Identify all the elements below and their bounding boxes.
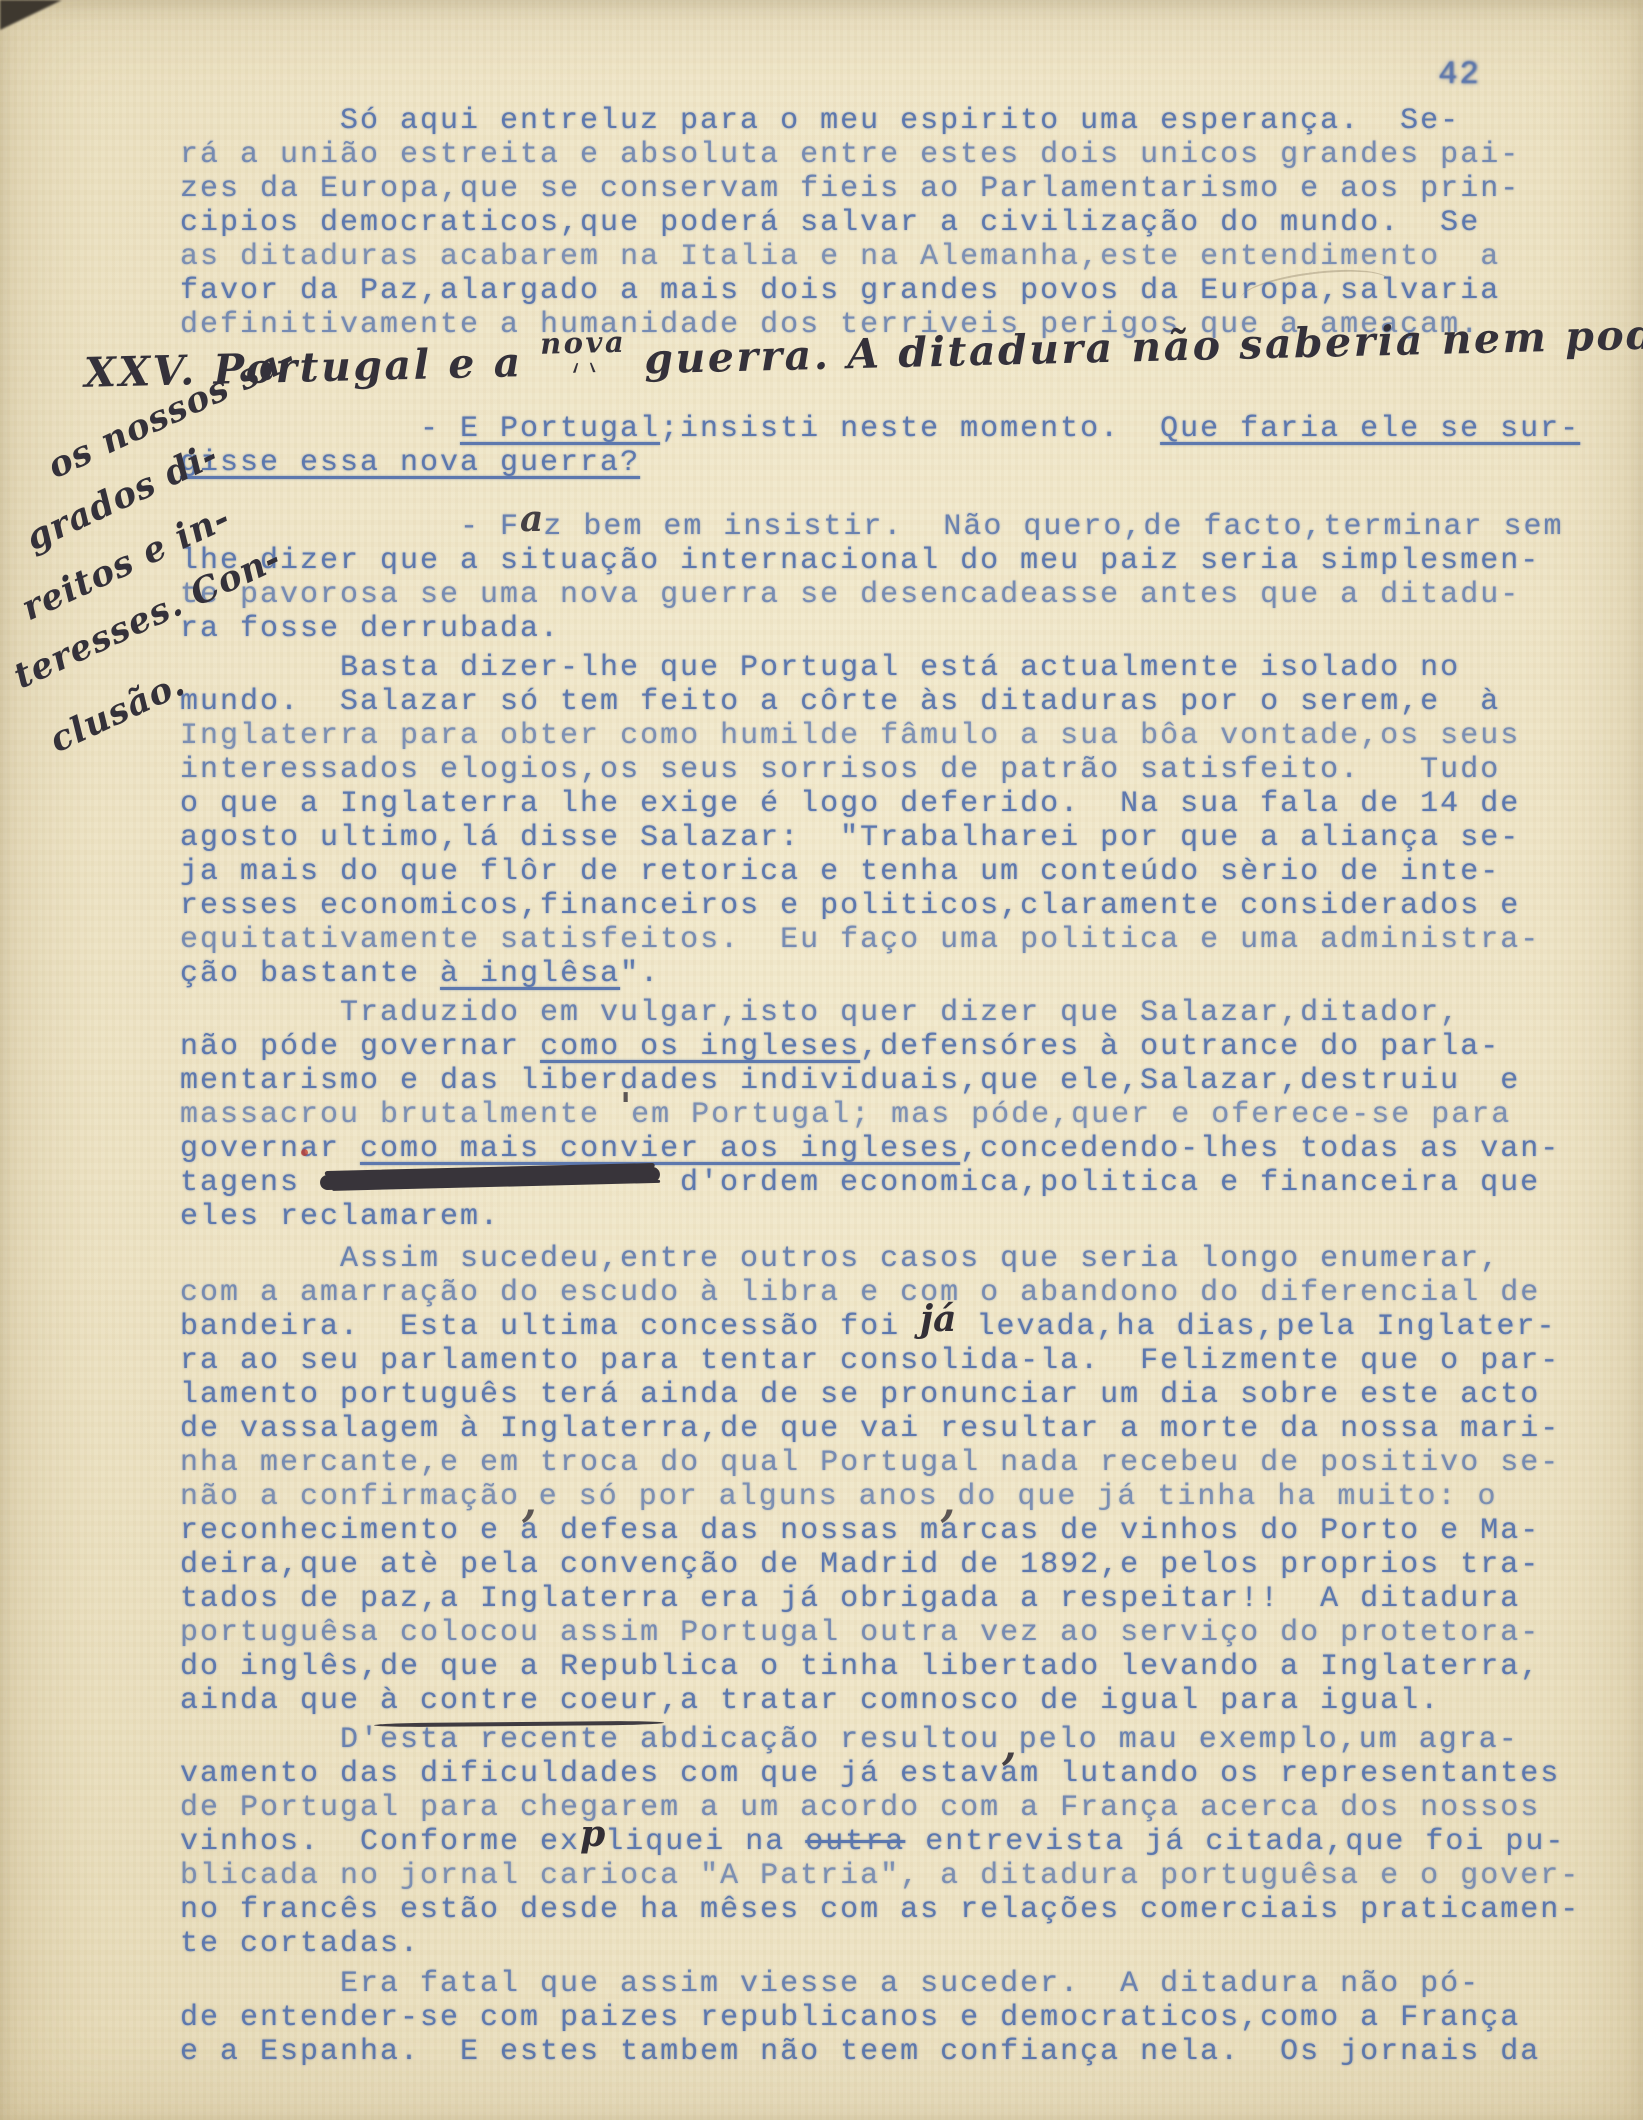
typed-line: portuguêsa colocou assim Portugal outra … <box>180 1616 1600 1650</box>
typed-line: tados de paz,a Inglaterra era já obrigad… <box>180 1582 1600 1616</box>
typed-segment: - <box>420 412 460 446</box>
typed-segment: agosto ultimo,lá disse Salazar: "Trabalh… <box>180 821 1520 855</box>
typed-line: vamento das dificuldades com que já esta… <box>180 1757 1600 1791</box>
heading-part-before: XXV. Portugal e a <box>84 338 524 397</box>
typed-segment: do inglês,de que a Republica o tinha lib… <box>180 1650 1540 1684</box>
typed-segment: as ditaduras acabarem na Italia e na Ale… <box>180 240 1500 274</box>
typed-line: de Portugal para chegarem a um acordo co… <box>180 1791 1600 1825</box>
typed-segment: zes da Europa,que se conservam fieis ao … <box>180 172 1520 206</box>
typed-segment: blicada no jornal carioca "A Patria", a … <box>180 1859 1580 1893</box>
typed-segment: - F <box>460 510 520 544</box>
typed-segment: e a Espanha. E estes tambem não teem con… <box>180 2035 1540 2069</box>
typed-line: - E Portugal;insisti neste momento. Que … <box>180 412 1600 446</box>
typed-line: de entender-se com paizes republicanos e… <box>180 2001 1600 2035</box>
typed-segment: de Portugal para chegarem a um acordo co… <box>180 1791 1540 1825</box>
handwritten-correction: ' <box>620 1086 631 1128</box>
page-corner-tear <box>0 0 62 30</box>
ink-dot <box>301 1149 308 1156</box>
typed-segment: resses economicos,financeiros e politico… <box>180 889 1520 923</box>
typed-segment: portuguêsa colocou assim Portugal outra … <box>180 1616 1540 1650</box>
typed-line: te cortadas. <box>180 1927 1600 1961</box>
typed-segment: bandeira. Esta ultima concessão foi <box>180 1310 920 1344</box>
typed-segment: mentarismo e das liberdades individuais,… <box>180 1064 1520 1098</box>
page-number: 42 <box>1438 56 1480 93</box>
typed-segment: mundo. Salazar só tem feito a côrte às d… <box>180 685 1500 719</box>
typed-segment: massacrou brutalmente <box>180 1098 620 1132</box>
typed-line: ra ao seu parlamento para tentar consoli… <box>180 1344 1600 1378</box>
typed-line: Basta dizer-lhe que Portugal está actual… <box>180 651 1600 685</box>
typed-segment: Que faria ele se sur- <box>1160 412 1580 446</box>
typed-line: bandeira. Esta ultima concessão foi já l… <box>180 1310 1600 1344</box>
typed-line: zes da Europa,que se conservam fieis ao … <box>180 172 1600 206</box>
typed-line: do inglês,de que a Republica o tinha lib… <box>180 1650 1600 1684</box>
typed-line: Era fatal que assim viesse a suceder. A … <box>180 1967 1600 2001</box>
typed-segment: em Portugal; mas póde,quer e oferece-se … <box>631 1098 1511 1132</box>
typed-segment: não a confirmação <box>180 1480 520 1514</box>
ink-scribble <box>320 1166 660 1189</box>
typed-segment: ;insisti neste momento. <box>660 412 1160 446</box>
handwritten-correction: , <box>1002 1720 1017 1769</box>
typed-line: Assim sucedeu,entre outros casos que ser… <box>180 1242 1600 1276</box>
typed-segment: reconhecimento e a defesa das nossas mar… <box>180 1514 1540 1548</box>
typed-segment: Só aqui entreluz para o meu espirito uma… <box>340 104 1460 138</box>
typed-segment: interessados elogios,os seus sorrisos de… <box>180 753 1500 787</box>
typed-line: Só aqui entreluz para o meu espirito uma… <box>180 104 1600 138</box>
typed-segment: ra fosse derrubada. <box>180 612 560 646</box>
typed-line: no francês estão desde ha mêses com as r… <box>180 1893 1600 1927</box>
typed-segment: do que já tinha ha muito: o <box>957 1480 1497 1514</box>
typed-line: ra fosse derrubada. <box>180 612 1600 646</box>
typed-segment: D'esta recente abdicação resultou <box>340 1723 1000 1757</box>
typed-segment: não póde governar <box>180 1030 540 1064</box>
typed-segment: ainda que <box>180 1684 380 1718</box>
typed-segment: levada,ha dias,pela Inglater- <box>956 1310 1556 1344</box>
typed-line: blicada no jornal carioca "A Patria", a … <box>180 1859 1600 1893</box>
typed-segment: Traduzido em vulgar,isto quer dizer que … <box>340 996 1460 1030</box>
typed-segment: ,defensóres à outrance do parla- <box>860 1030 1500 1064</box>
typed-segment: com a amarração do escudo à libra e com … <box>180 1276 1540 1310</box>
typed-segment: de vassalagem à Inglaterra,de que vai re… <box>180 1412 1560 1446</box>
typed-line: ainda que à contre coeur,a tratar comnos… <box>180 1684 1600 1718</box>
typed-segment: outra <box>805 1825 905 1859</box>
typed-segment: Basta dizer-lhe que Portugal está actual… <box>340 651 1460 685</box>
typed-line: te pavorosa se uma nova guerra se desenc… <box>180 578 1600 612</box>
typed-segment: à contre coeur <box>380 1684 660 1718</box>
typed-line: Traduzido em vulgar,isto quer dizer que … <box>180 996 1600 1030</box>
typed-segment: ". <box>620 957 660 991</box>
typed-line: D'esta recente abdicação resultou,pelo m… <box>180 1723 1600 1757</box>
typed-segment: E Portugal <box>460 412 660 446</box>
typed-text: Só aqui entreluz para o meu espirito uma… <box>180 104 1600 2069</box>
typed-segment: deira,que atè pela convenção de Madrid d… <box>180 1548 1540 1582</box>
typed-line: reconhecimento e a defesa das nossas mar… <box>180 1514 1600 1548</box>
typed-segment: ra ao seu parlamento para tentar consoli… <box>180 1344 1560 1378</box>
document-page: 42 Só aqui entreluz para o meu espirito … <box>0 0 1643 2120</box>
typed-segment: nha mercante,e em troca do qual Portugal… <box>180 1446 1560 1480</box>
typed-segment: à inglêsa <box>440 957 620 991</box>
typed-segment: eles reclamarem. <box>180 1200 500 1234</box>
typed-line: ção bastante à inglêsa". <box>180 957 1600 991</box>
typed-segment: ,a tratar comnosco de igual para igual. <box>660 1684 1440 1718</box>
typed-line: não a confirmação,e só por alguns anos,d… <box>180 1480 1600 1514</box>
typed-segment: te cortadas. <box>180 1927 420 1961</box>
handwritten-correction: , <box>941 1477 956 1526</box>
typed-segment: como mais convier aos ingleses <box>360 1132 960 1166</box>
typed-segment: lamento português terá ainda de se pronu… <box>180 1378 1540 1412</box>
typed-line: deira,que atè pela convenção de Madrid d… <box>180 1548 1600 1582</box>
typed-segment: te pavorosa se uma nova guerra se desenc… <box>180 578 1520 612</box>
typed-segment: e só por alguns anos <box>539 1480 939 1514</box>
typed-segment: cipios democraticos,que poderá salvar a … <box>180 206 1480 240</box>
typed-line: mentarismo e das liberdades individuais,… <box>180 1064 1600 1098</box>
typed-line: Inglaterra para obter como humilde fâmul… <box>180 719 1600 753</box>
typed-line: equitativamente satisfeitos. Eu faço uma… <box>180 923 1600 957</box>
typed-line: massacrou brutalmente 'em Portugal; mas … <box>180 1098 1600 1132</box>
typed-segment: d'ordem economica,politica e financeira … <box>660 1166 1540 1200</box>
typed-segment: tados de paz,a Inglaterra era já obrigad… <box>180 1582 1520 1616</box>
typed-segment: liquei na <box>605 1825 805 1859</box>
typed-segment: ção bastante <box>180 957 440 991</box>
typed-line: gisse essa nova guerra? <box>180 446 1600 480</box>
typed-line: mundo. Salazar só tem feito a côrte às d… <box>180 685 1600 719</box>
typed-line: vinhos. Conforme expliquei na outra entr… <box>180 1825 1600 1859</box>
typed-segment: Inglaterra para obter como humilde fâmul… <box>180 719 1520 753</box>
handwritten-correction: p <box>580 1813 605 1855</box>
typed-line: ja mais do que flôr de retorica e tenha … <box>180 855 1600 889</box>
typed-segment: gisse essa nova guerra? <box>180 446 640 480</box>
typed-segment: no francês estão desde ha mêses com as r… <box>180 1893 1580 1927</box>
typed-segment: Assim sucedeu,entre outros casos que ser… <box>340 1242 1500 1276</box>
typed-segment: lhe dizer que a situação internacional d… <box>180 544 1540 578</box>
typed-line: governar como mais convier aos ingleses,… <box>180 1132 1600 1166</box>
typed-line: com a amarração do escudo à libra e com … <box>180 1276 1600 1310</box>
typed-segment: Era fatal que assim viesse a suceder. A … <box>340 1967 1480 2001</box>
typed-line: o que a Inglaterra lhe exige é logo defe… <box>180 787 1600 821</box>
typed-line: favor da Paz,alargado a mais dois grande… <box>180 274 1600 308</box>
typed-line: nha mercante,e em troca do qual Portugal… <box>180 1446 1600 1480</box>
typed-line: as ditaduras acabarem na Italia e na Ale… <box>180 240 1600 274</box>
typed-segment: favor da Paz,alargado a mais dois grande… <box>180 274 1500 308</box>
typed-line: de vassalagem à Inglaterra,de que vai re… <box>180 1412 1600 1446</box>
typed-segment: z bem em insistir. Não quero,de facto,te… <box>543 510 1563 544</box>
handwritten-correction: a <box>520 498 543 540</box>
typed-line: agosto ultimo,lá disse Salazar: "Trabalh… <box>180 821 1600 855</box>
handwritten-insert-word: nova <box>540 325 627 373</box>
typed-segment: vinhos. Conforme ex <box>180 1825 580 1859</box>
handwritten-correction: já <box>920 1298 956 1340</box>
typed-segment: rá a união estreita e absoluta entre est… <box>180 138 1520 172</box>
typed-line: eles reclamarem. <box>180 1200 1600 1234</box>
typed-line: interessados elogios,os seus sorrisos de… <box>180 753 1600 787</box>
typed-segment: o que a Inglaterra lhe exige é logo defe… <box>180 787 1520 821</box>
typed-line: não póde governar como os ingleses,defen… <box>180 1030 1600 1064</box>
typed-line: - Faz bem em insistir. Não quero,de fact… <box>180 510 1600 544</box>
typed-segment: ja mais do que flôr de retorica e tenha … <box>180 855 1500 889</box>
typed-line: resses economicos,financeiros e politico… <box>180 889 1600 923</box>
typed-segment: vamento das dificuldades com que já esta… <box>180 1757 1560 1791</box>
typed-segment: pelo mau exemplo,um agra- <box>1019 1723 1519 1757</box>
typed-line: cipios democraticos,que poderá salvar a … <box>180 206 1600 240</box>
typed-line: rá a união estreita e absoluta entre est… <box>180 138 1600 172</box>
typed-segment: como os ingleses <box>540 1030 860 1064</box>
typed-segment: tagens <box>180 1166 320 1200</box>
handwritten-correction: , <box>522 1477 537 1526</box>
typed-line: lamento português terá ainda de se pronu… <box>180 1378 1600 1412</box>
typed-segment: de entender-se com paizes republicanos e… <box>180 2001 1520 2035</box>
typed-line: tagens d'ordem economica,politica e fina… <box>180 1166 1600 1200</box>
typed-line: lhe dizer que a situação internacional d… <box>180 544 1600 578</box>
typed-segment: equitativamente satisfeitos. Eu faço uma… <box>180 923 1540 957</box>
typed-segment: ,concedendo-lhes todas as van- <box>960 1132 1560 1166</box>
typed-segment: governar <box>180 1132 360 1166</box>
typed-segment: entrevista já citada,que foi pu- <box>905 1825 1565 1859</box>
typed-line: e a Espanha. E estes tambem não teem con… <box>180 2035 1600 2069</box>
